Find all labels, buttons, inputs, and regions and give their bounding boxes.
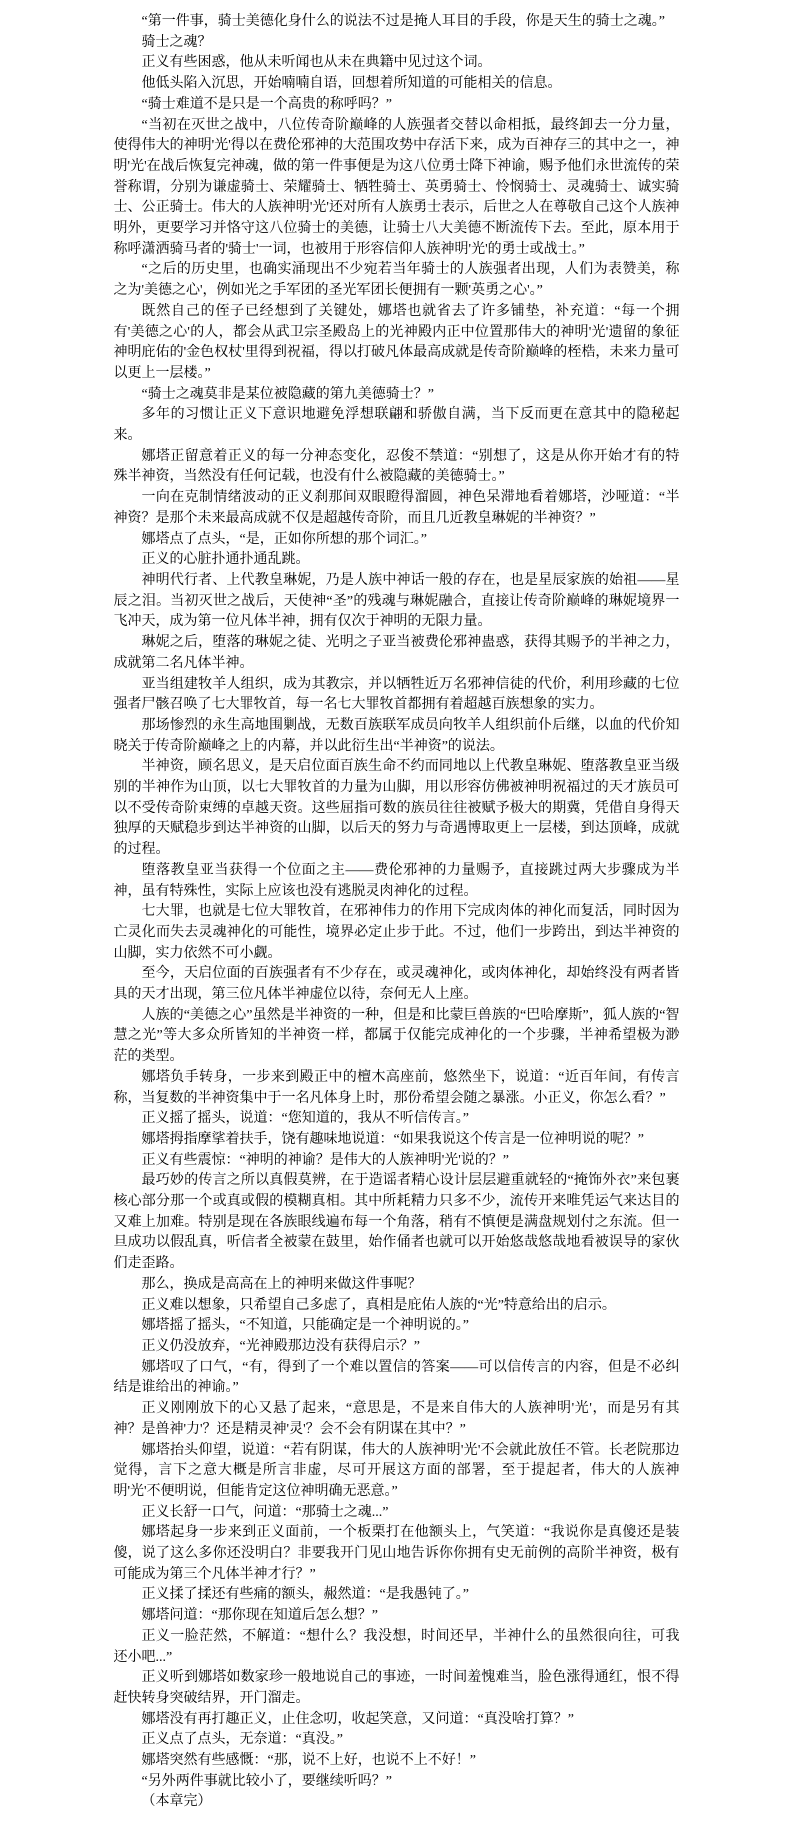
paragraph: 那么，换成是高高在上的神明来做这件事呢？ xyxy=(114,1275,680,1296)
novel-chapter-page: “第一件事，骑士美德化身什么的说法不过是掩人耳目的手段，你是天生的骑士之魂。”骑… xyxy=(0,0,793,1835)
paragraph: 正义刚刚放下的心又悬了起来，“意思是，不是来自伟大的人族神明'光'，而是另有其神… xyxy=(114,1399,680,1440)
paragraph: 正义仍没放弃，“光神殿那边没有获得启示？” xyxy=(114,1337,680,1358)
paragraph: “第一件事，骑士美德化身什么的说法不过是掩人耳目的手段，你是天生的骑士之魂。” xyxy=(114,12,680,33)
paragraph: 正义难以想象，只希望自己多虑了，真相是庇佑人族的“光”特意给出的启示。 xyxy=(114,1296,680,1317)
paragraph: 娜塔点了点头，“是，正如你所想的那个词汇。” xyxy=(114,530,680,551)
paragraph: 一向在克制情绪波动的正义刹那间双眼瞪得溜圆，神色呆滞地看着娜塔，沙哑道：“半神资… xyxy=(114,488,680,529)
paragraph: “另外两件事就比较小了，要继续听吗？” xyxy=(114,1772,680,1793)
paragraph: 娜塔起身一步来到正义面前，一个板栗打在他额头上，气笑道：“我说你是真傻还是装傻，… xyxy=(114,1523,680,1585)
paragraph: 那场惨烈的永生高地围剿战，无数百族联军成员向牧羊人组织前仆后继，以血的代价知晓关… xyxy=(114,716,680,757)
paragraph: “之后的历史里，也确实涌现出不少宛若当年骑士的人族强者出现，人们为表赞美，称之为… xyxy=(114,260,680,301)
chapter-text: “第一件事，骑士美德化身什么的说法不过是掩人耳目的手段，你是天生的骑士之魂。”骑… xyxy=(114,12,680,1813)
paragraph: 正义长舒一口气，问道：“那骑士之魂...” xyxy=(114,1503,680,1524)
paragraph: 琳妮之后，堕落的琳妮之徒、光明之子亚当被费伦邪神蛊惑，获得其赐予的半神之力，成就… xyxy=(114,633,680,674)
paragraph: 半神资，顾名思义，是天启位面百族生命不约而同地以上代教皇琳妮、堕落教皇亚当级别的… xyxy=(114,757,680,861)
paragraph: 娜塔抬头仰望，说道：“若有阴谋，伟大的人族神明'光'不会就此放任不管。长老院那边… xyxy=(114,1441,680,1503)
paragraph: “当初在灭世之战中，八位传奇阶巅峰的人族强者交替以命相抵，最终卸去一分力量，使得… xyxy=(114,116,680,261)
paragraph: 亚当组建牧羊人组织，成为其教宗，并以牺牲近万名邪神信徒的代价，利用珍藏的七位强者… xyxy=(114,675,680,716)
paragraph: 最巧妙的传言之所以真假莫辨，在于造谣者精心设计层层避重就轻的“掩饰外衣”来包裹核… xyxy=(114,1171,680,1275)
paragraph: 他低头陷入沉思，开始喃喃自语，回想着所知道的可能相关的信息。 xyxy=(114,74,680,95)
paragraph: 正义听到娜塔如数家珍一般地说自己的事迹，一时间羞愧难当，脸色涨得通红，恨不得赶快… xyxy=(114,1668,680,1709)
paragraph: 娜塔拇指摩挲着扶手，饶有趣味地说道：“如果我说这个传言是一位神明说的呢？” xyxy=(114,1130,680,1151)
paragraph: 神明代行者、上代教皇琳妮，乃是人族中神话一般的存在，也是星辰家族的始祖——星辰之… xyxy=(114,571,680,633)
paragraph: 娜塔正留意着正义的每一分神态变化，忍俊不禁道：“别想了，这是从你开始才有的特殊半… xyxy=(114,447,680,488)
paragraph: 娜塔叹了口气，“有，得到了一个难以置信的答案——可以信传言的内容，但是不必纠结是… xyxy=(114,1358,680,1399)
paragraph: 正义的心脏扑通扑通乱跳。 xyxy=(114,550,680,571)
paragraph: 正义揉了揉还有些痛的额头，赧然道：“是我愚钝了。” xyxy=(114,1585,680,1606)
paragraph: 正义一脸茫然，不解道：“想什么？我没想，时间还早，半神什么的虽然很向往，可我还小… xyxy=(114,1627,680,1668)
paragraph: 娜塔问道：“那你现在知道后怎么想？” xyxy=(114,1606,680,1627)
paragraph: 娜塔摇了摇头，“不知道，只能确定是一个神明说的。” xyxy=(114,1316,680,1337)
paragraph: 骑士之魂？ xyxy=(114,33,680,54)
paragraph: 正义有些震惊：“神明的神谕？是伟大的人族神明'光'说的？” xyxy=(114,1151,680,1172)
paragraph: “骑士之魂莫非是某位被隐藏的第九美德骑士？” xyxy=(114,385,680,406)
paragraph: 堕落教皇亚当获得一个位面之主——费伦邪神的力量赐予，直接跳过两大步骤成为半神，虽… xyxy=(114,861,680,902)
paragraph: 七大罪，也就是七位大罪牧首，在邪神伟力的作用下完成肉体的神化而复活，同时因为亡灵… xyxy=(114,902,680,964)
paragraph: 娜塔负手转身，一步来到殿正中的檀木高座前，悠然坐下，说道：“近百年间，有传言称，… xyxy=(114,1068,680,1109)
chapter-end-note: （本章完） xyxy=(114,1792,680,1813)
paragraph: 正义摇了摇头，说道：“您知道的，我从不听信传言。” xyxy=(114,1109,680,1130)
paragraph: 既然自己的侄子已经想到了关键处，娜塔也就省去了许多铺垫，补充道：“每一个拥有'美… xyxy=(114,302,680,385)
paragraph: “骑士难道不是只是一个高贵的称呼吗？” xyxy=(114,95,680,116)
paragraph: 人族的“美德之心”虽然是半神资的一种，但是和比蒙巨兽族的“巴哈摩斯”，狐人族的“… xyxy=(114,1006,680,1068)
paragraph: 正义点了点头，无奈道：“真没。” xyxy=(114,1730,680,1751)
paragraph: 娜塔没有再打趣正义，止住念叨，收起笑意，又问道：“真没啥打算？” xyxy=(114,1710,680,1731)
paragraph: 至今，天启位面的百族强者有不少存在，或灵魂神化，或肉体神化，却始终没有两者皆具的… xyxy=(114,964,680,1005)
paragraph: 正义有些困惑，他从未听闻也从未在典籍中见过这个词。 xyxy=(114,53,680,74)
paragraph: 多年的习惯让正义下意识地避免浮想联翩和骄傲自满，当下反而更在意其中的隐秘起来。 xyxy=(114,405,680,446)
paragraph: 娜塔突然有些感慨：“那，说不上好，也说不上不好！” xyxy=(114,1751,680,1772)
